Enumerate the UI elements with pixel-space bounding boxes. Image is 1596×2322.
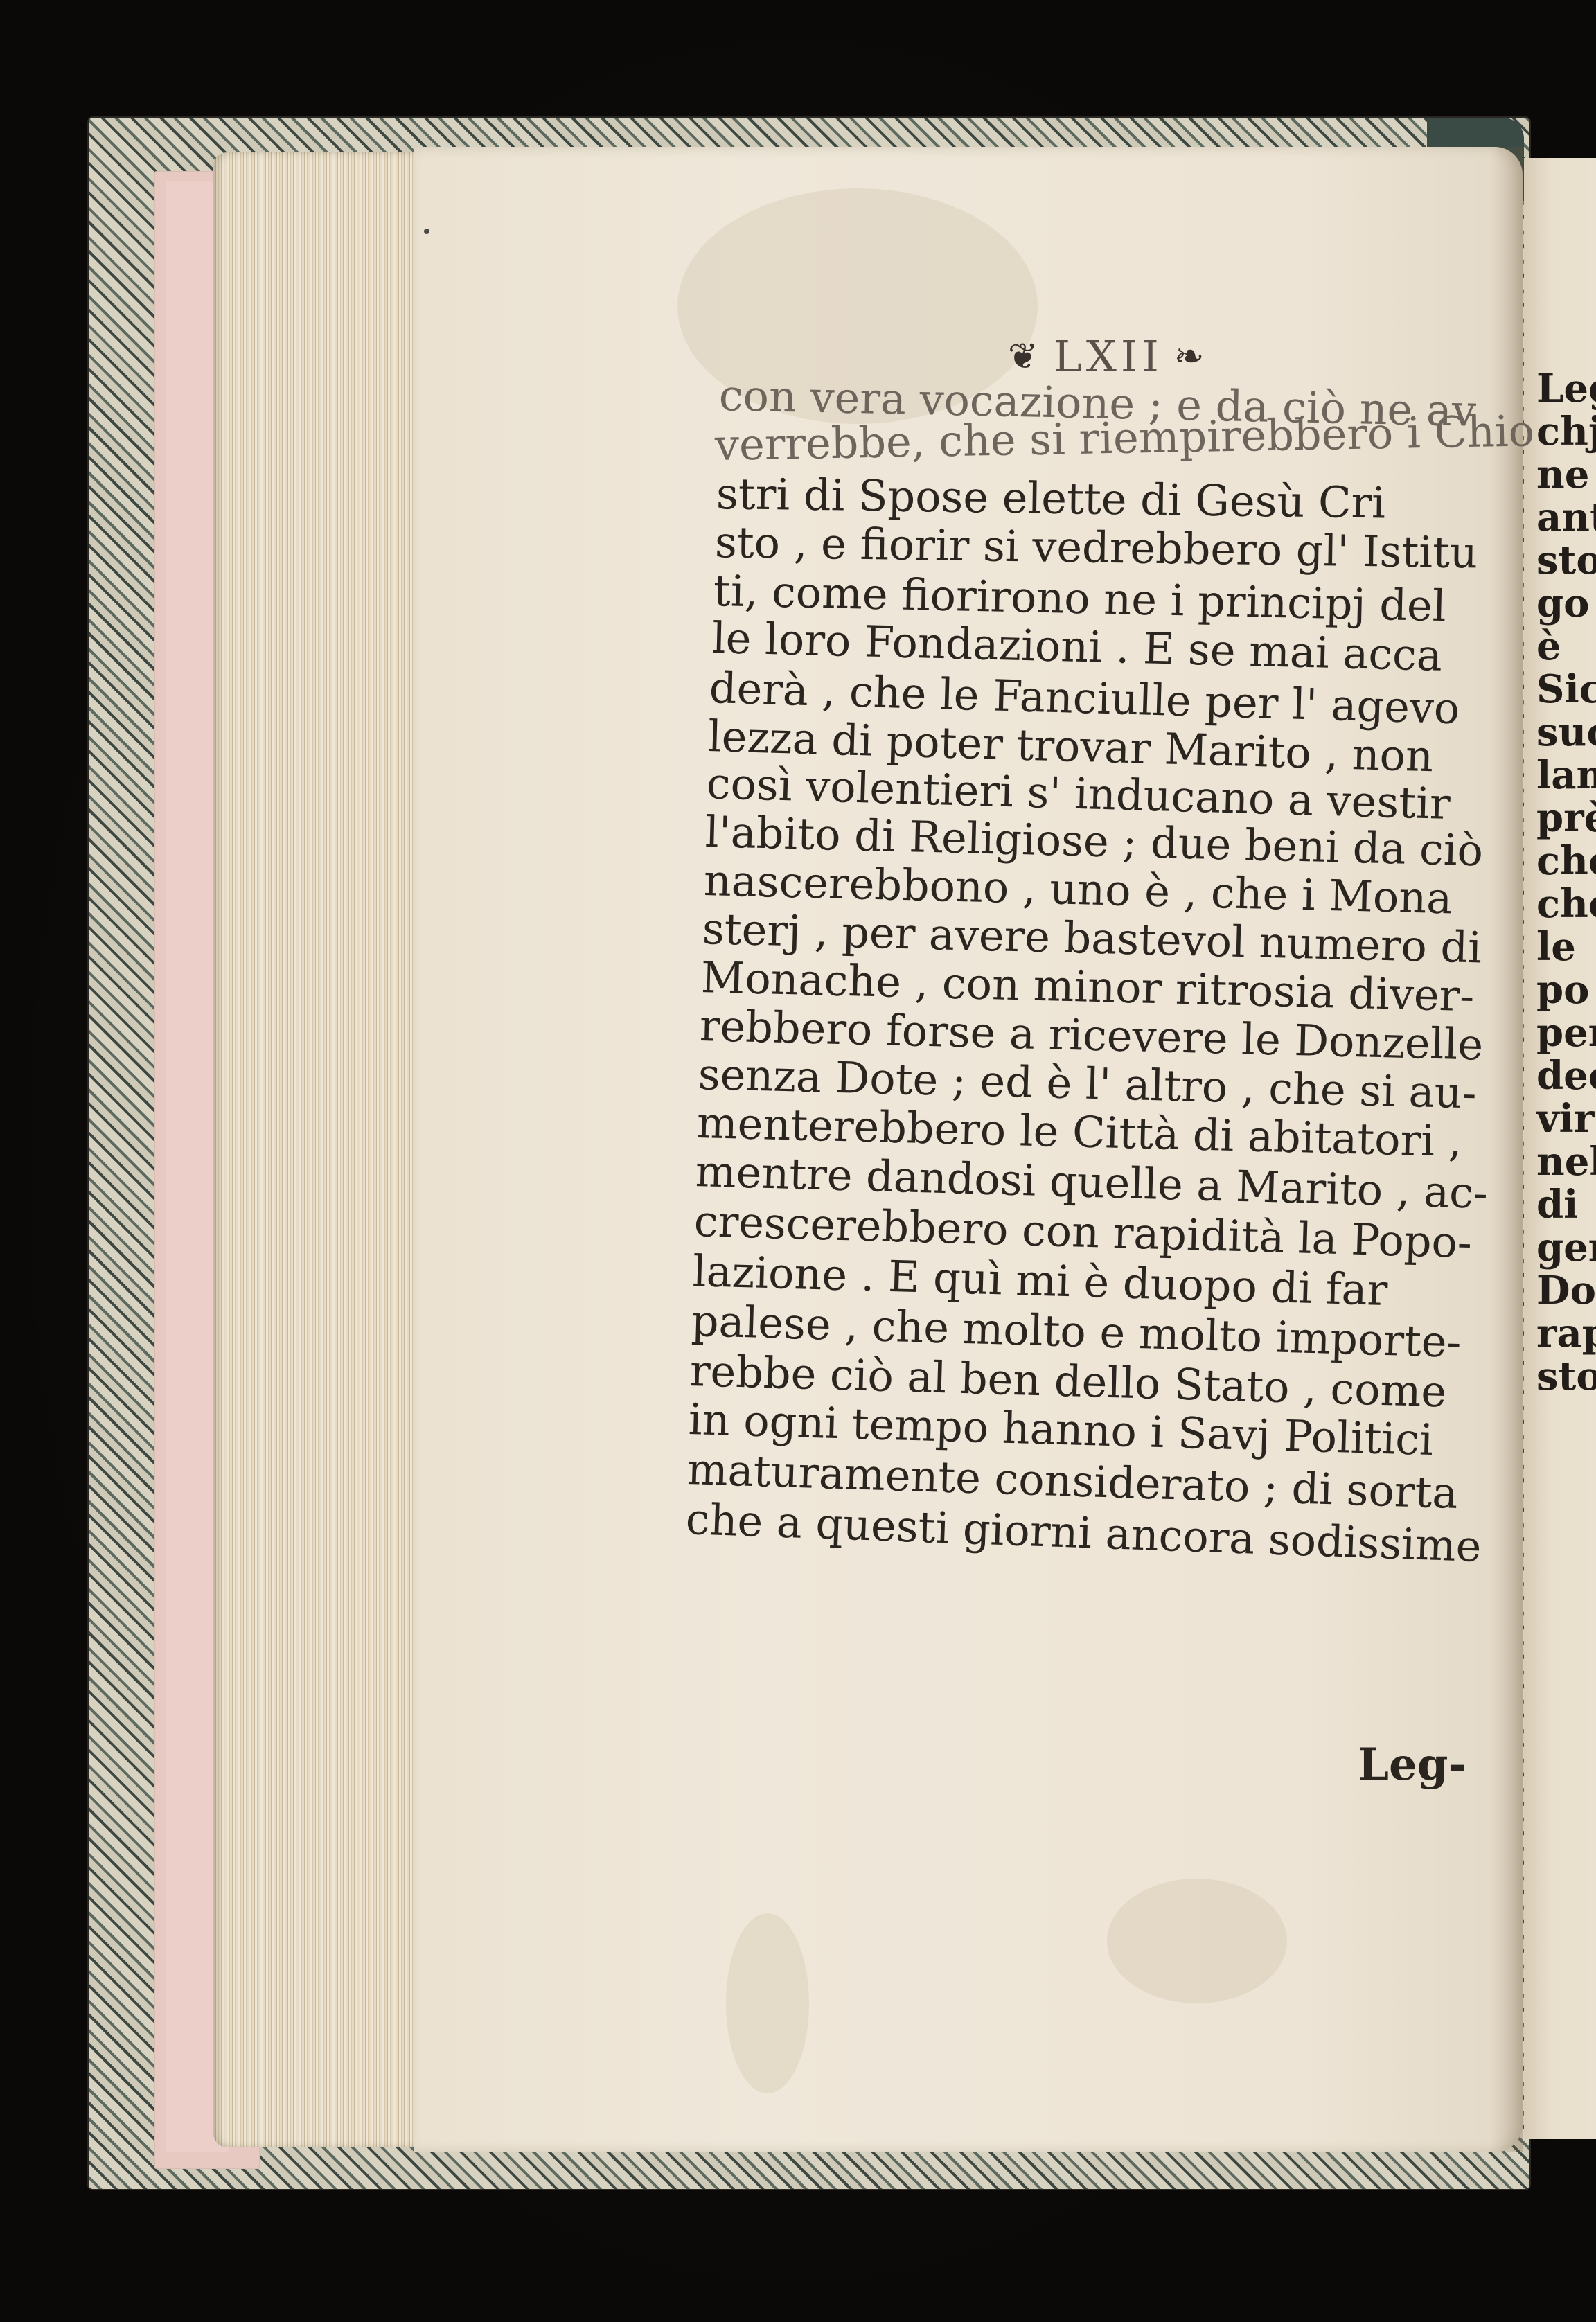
facing-line: Do xyxy=(1536,1269,1596,1312)
facing-line: go xyxy=(1536,582,1596,625)
facing-line: che xyxy=(1536,840,1596,883)
facing-line: ne xyxy=(1536,453,1596,496)
book-scan-scene: ❦ LXII ❧ con vera vocazione ; e da ciò n… xyxy=(0,0,1596,2322)
text-line: sto , e fiorir si vedrebbero gl' Istitu xyxy=(715,521,1478,574)
facing-line: per xyxy=(1536,1011,1596,1054)
ornament-left-icon: ❦ xyxy=(1008,336,1043,378)
facing-line: rap xyxy=(1536,1312,1596,1355)
facing-line: prè xyxy=(1536,797,1596,840)
facing-line: nel xyxy=(1536,1140,1596,1183)
facing-line: lam xyxy=(1536,754,1596,797)
facing-line: po xyxy=(1536,968,1596,1011)
catchword: Leg- xyxy=(1358,1739,1466,1791)
facing-line: sto xyxy=(1536,539,1596,582)
ornament-right-icon: ❧ xyxy=(1174,336,1209,378)
facing-line: vir xyxy=(1536,1097,1596,1140)
facing-line: le xyxy=(1536,925,1596,968)
facing-line: sto xyxy=(1536,1355,1596,1398)
facing-line: ger xyxy=(1536,1226,1596,1269)
paper-speck xyxy=(424,229,429,234)
facing-line: dec xyxy=(1536,1054,1596,1097)
facing-line: ant xyxy=(1536,496,1596,539)
page-number: LXII xyxy=(1054,331,1163,382)
facing-line: Leg xyxy=(1536,367,1596,410)
facing-line: che xyxy=(1536,883,1596,925)
running-head: ❦ LXII ❧ xyxy=(1008,331,1208,382)
facing-line: Sic xyxy=(1536,668,1596,711)
text-line: stri di Spose elette di Gesù Cri xyxy=(716,472,1386,524)
facing-line: chj xyxy=(1536,410,1596,453)
page-block-edge xyxy=(213,152,414,2147)
facing-line: di xyxy=(1536,1183,1596,1226)
facing-page-text: Leg chj ne ant sto go è Sic suo lam prè … xyxy=(1536,367,1596,1398)
facing-line: è xyxy=(1536,625,1596,668)
facing-line: suo xyxy=(1536,711,1596,754)
